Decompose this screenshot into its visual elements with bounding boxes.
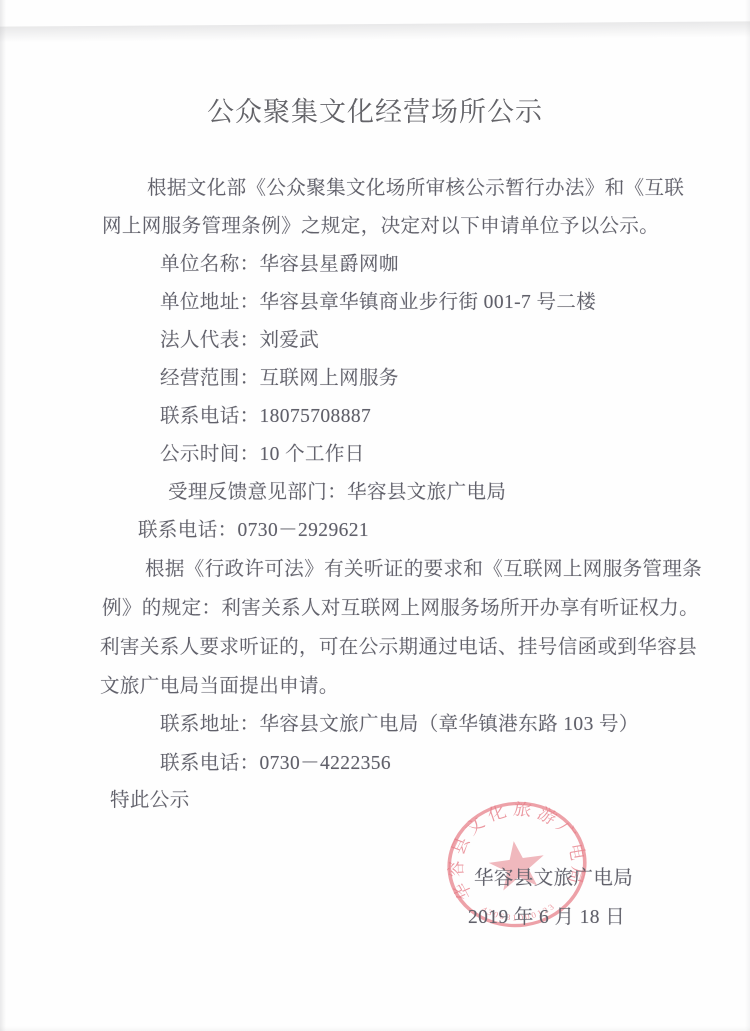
field-publicity-period: 公示时间：10 个工作日 (160, 442, 365, 468)
signature-organization: 华容县文旅广电局 (474, 866, 633, 892)
paragraph2-line1: 根据《行政许可法》有关听证的要求和《互联网上网服务管理条 (145, 557, 702, 583)
paragraph1-line1: 根据文化部《公众聚集文化场所审核公示暂行办法》和《互联 (147, 176, 684, 202)
scan-edge-top (0, 21, 750, 42)
paragraph2-line3: 利害关系人要求听证的，可在公示期通过电话、挂号信函或到华容县 (100, 635, 697, 661)
scan-edge-left (0, 0, 6, 1031)
paragraph2-line2: 例》的规定：利害关系人对互联网上网服务场所开办享有听证权力。 (102, 596, 699, 622)
field-unit-address: 单位地址：华容县章华镇商业步行街 001-7 号二楼 (160, 290, 596, 316)
closing-statement: 特此公示 (110, 788, 190, 814)
field-business-scope: 经营范围：互联网上网服务 (160, 366, 399, 392)
document-title: 公众聚集文化经营场所公示 (0, 90, 750, 129)
signature-date: 2019 年 6 月 18 日 (468, 905, 625, 931)
field-feedback-department: 受理反馈意见部门：华容县文旅广电局 (168, 480, 506, 506)
contact-phone: 联系电话：0730－4222356 (160, 751, 391, 777)
scanned-document-page: 公众聚集文化经营场所公示 根据文化部《公众聚集文化场所审核公示暂行办法》和《互联… (0, 0, 750, 1031)
field-legal-representative: 法人代表：刘爱武 (160, 328, 319, 354)
paragraph1-line2: 网上网服务管理条例》之规定，决定对以下申请单位予以公示。 (102, 214, 659, 240)
field-feedback-phone: 联系电话：0730－2929621 (138, 518, 369, 544)
paragraph2-line4: 文旅广电局当面提出申请。 (100, 674, 339, 700)
contact-address: 联系地址：华容县文旅广电局（章华镇港东路 103 号） (160, 712, 639, 738)
scan-edge-right (745, 0, 750, 1031)
scan-edge-bottom (0, 1026, 750, 1031)
field-contact-phone: 联系电话：18075708887 (160, 404, 371, 430)
field-unit-name: 单位名称：华容县星爵网咖 (160, 252, 399, 278)
